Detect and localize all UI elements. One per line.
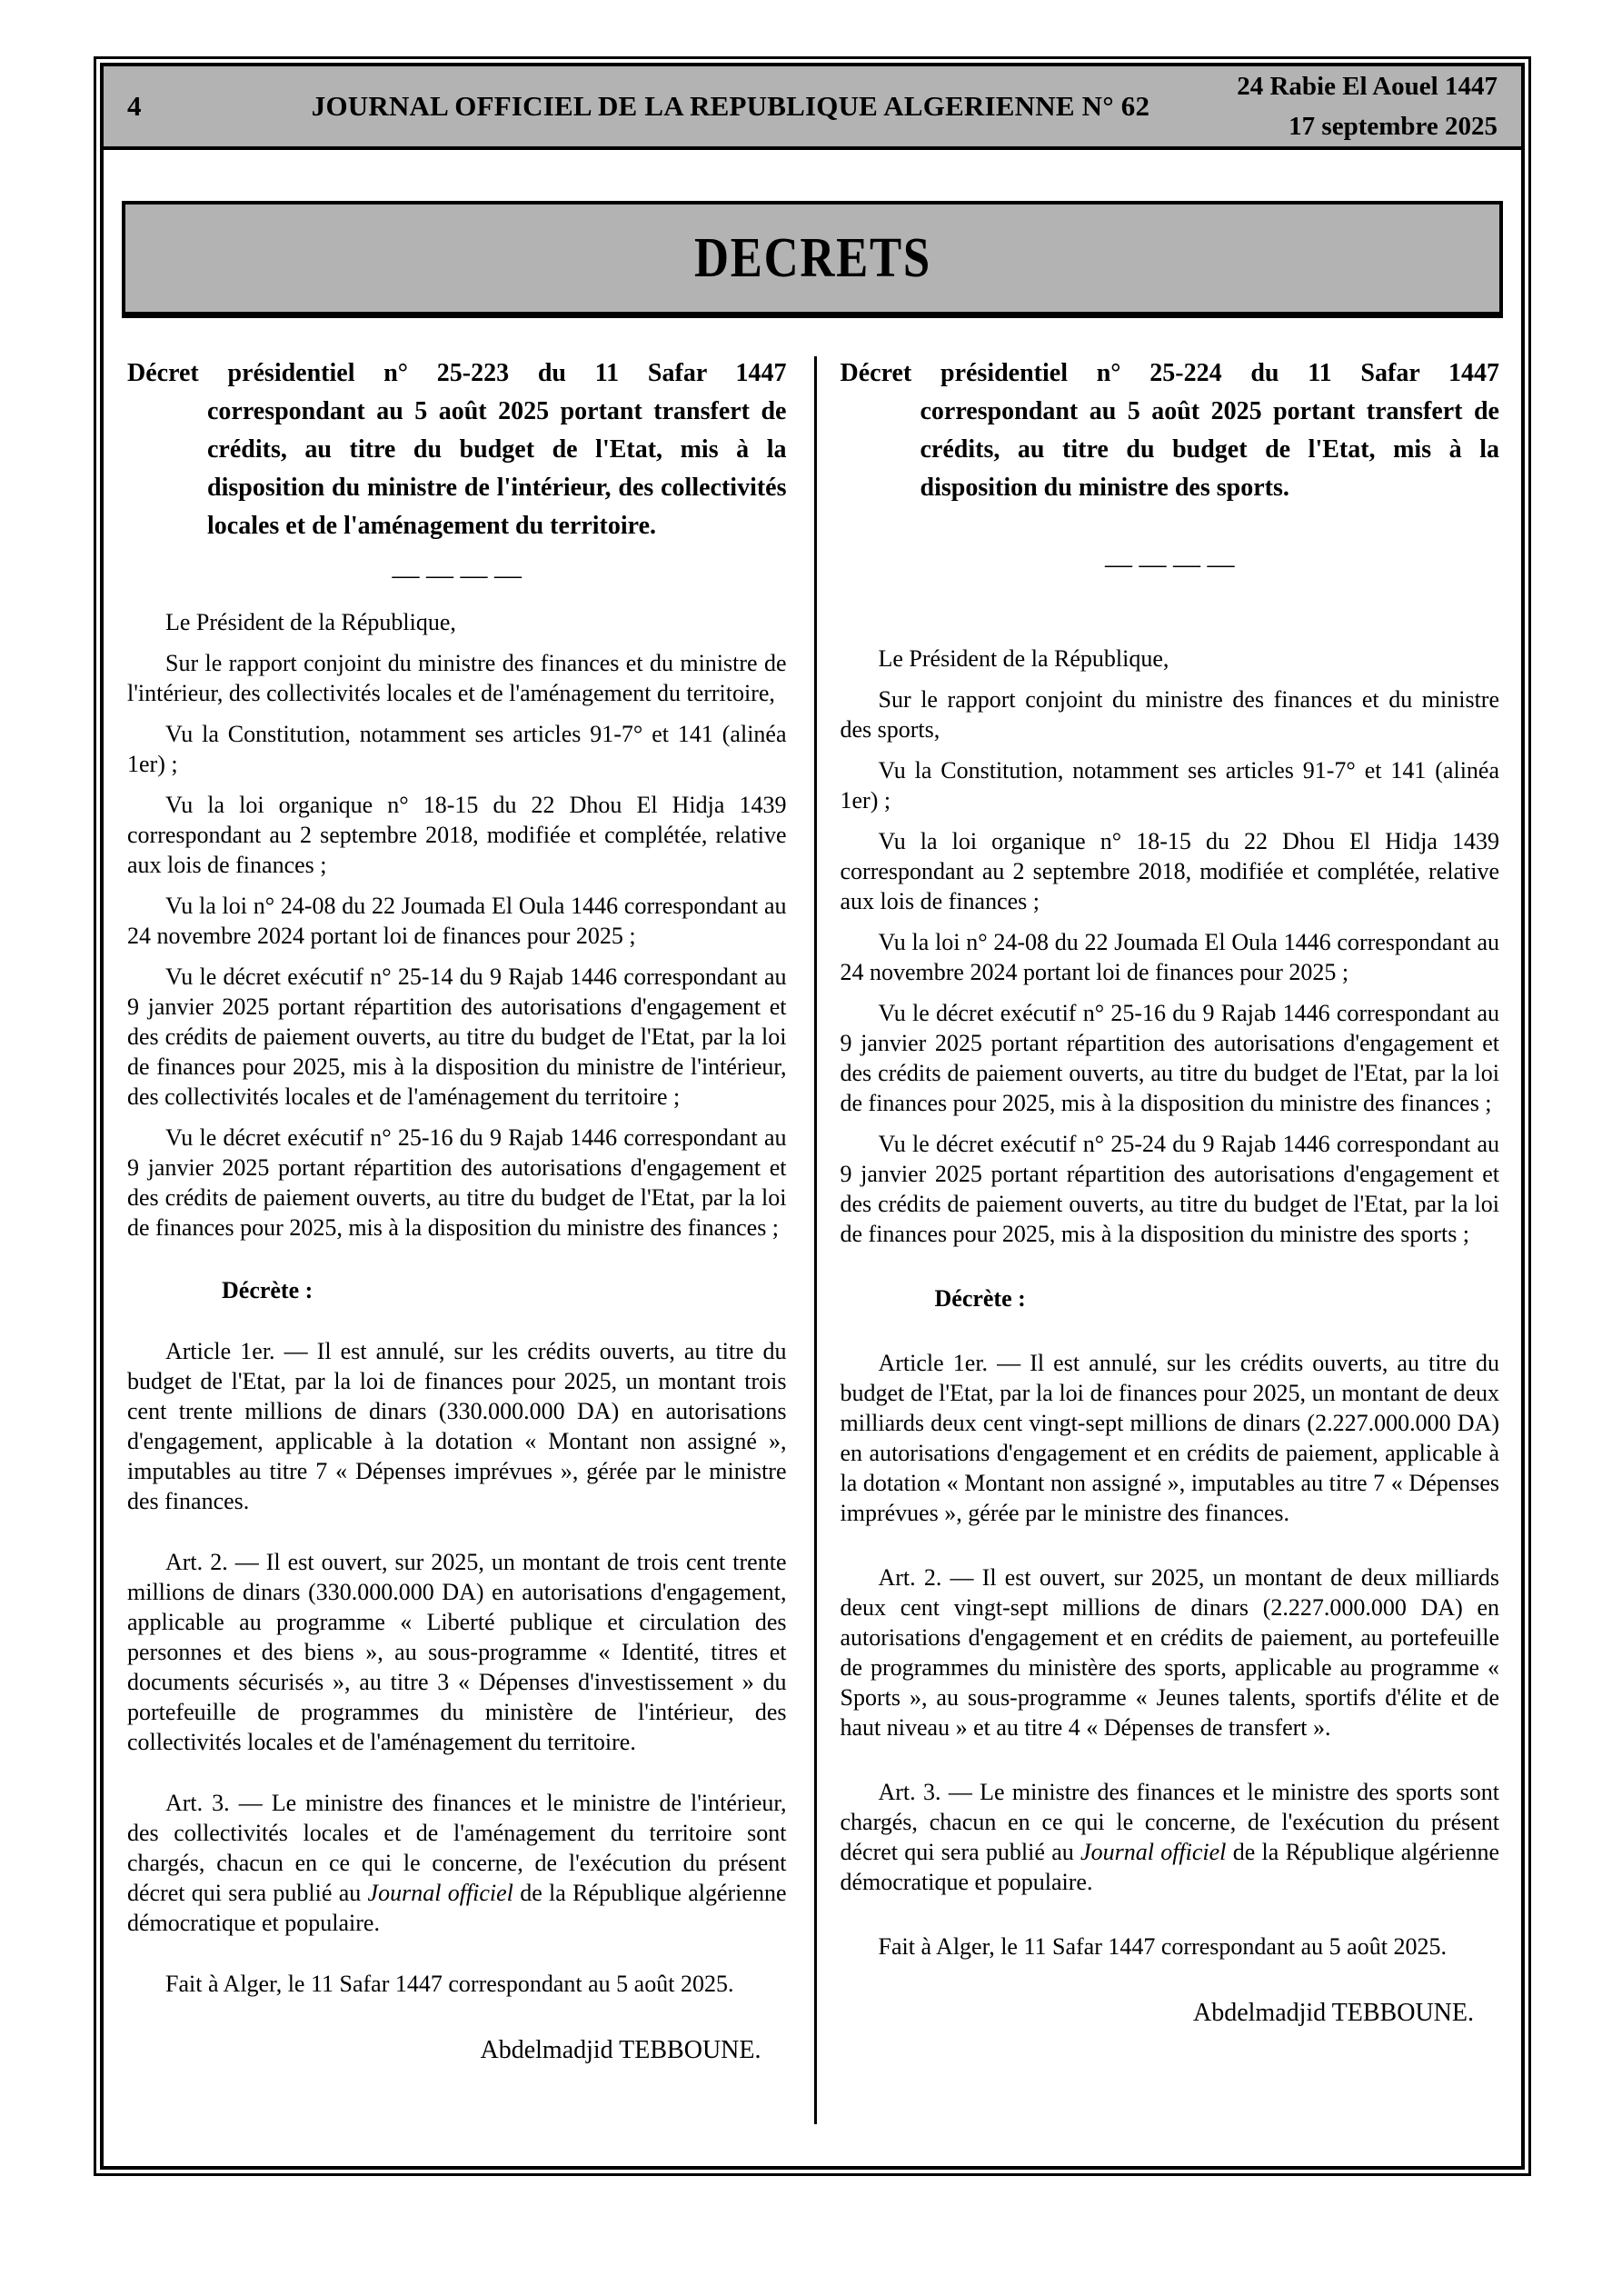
page-number: 4: [127, 90, 236, 123]
rapport-conjoint: Sur le rapport conjoint du ministre des …: [841, 684, 1500, 744]
signature: Abdelmadjid TEBBOUNE.: [841, 1998, 1500, 2028]
decree-body: Le Président de la République,Sur le rap…: [841, 644, 1500, 2028]
decrete-label: Décrète :: [841, 1283, 1500, 1313]
visa-loi-organique: Vu la loi organique n° 18-15 du 22 Dhou …: [841, 826, 1500, 916]
fait-a-alger: Fait à Alger, le 11 Safar 1447 correspon…: [841, 1932, 1500, 1962]
visa-loi-organique: Vu la loi organique n° 18-15 du 22 Dhou …: [127, 790, 787, 880]
article-2: Art. 2. — Il est ouvert, sur 2025, un mo…: [127, 1547, 787, 1757]
title-separator: — — — —: [841, 549, 1500, 580]
visa-constitution: Vu la Constitution, notamment ses articl…: [127, 719, 787, 779]
article-3: Art. 3. — Le ministre des finances et le…: [841, 1777, 1500, 1897]
decree-body: Le Président de la République,Sur le rap…: [127, 607, 787, 2065]
date-gregorian: 17 septembre 2025: [1225, 106, 1498, 146]
visa-decret-25-16: Vu le décret exécutif n° 25-16 du 9 Raja…: [127, 1123, 787, 1243]
visa-loi-24-08: Vu la loi n° 24-08 du 22 Joumada El Oula…: [841, 927, 1500, 987]
signature: Abdelmadjid TEBBOUNE.: [127, 2035, 787, 2065]
rapport-conjoint: Sur le rapport conjoint du ministre des …: [127, 648, 787, 708]
section-banner: DECRETS: [122, 201, 1503, 318]
page-content: 4 JOURNAL OFFICIEL DE LA REPUBLIQUE ALGE…: [100, 63, 1525, 2170]
decrete-label: Décrète :: [127, 1275, 787, 1305]
column-divider: [814, 356, 817, 2124]
page-frame: 4 JOURNAL OFFICIEL DE LA REPUBLIQUE ALGE…: [94, 56, 1531, 2176]
visa-loi-24-08: Vu la loi n° 24-08 du 22 Joumada El Oula…: [127, 891, 787, 951]
le-president: Le Président de la République,: [127, 607, 787, 637]
header-dates: 24 Rabie El Aouel 1447 17 septembre 2025: [1225, 66, 1498, 146]
two-column-text: Décret présidentiel n° 25-223 du 11 Safa…: [104, 318, 1521, 2166]
visa-decret-25-14: Vu le décret exécutif n° 25-14 du 9 Raja…: [127, 962, 787, 1112]
article-3: Art. 3. — Le ministre des finances et le…: [127, 1788, 787, 1938]
section-title: DECRETS: [694, 226, 931, 291]
title-separator: — — — —: [127, 560, 787, 591]
article-2: Art. 2. — Il est ouvert, sur 2025, un mo…: [841, 1562, 1500, 1742]
decree-25-223: Décret présidentiel n° 25-223 du 11 Safa…: [127, 354, 787, 2166]
article-1: Article 1er. — Il est annulé, sur les cr…: [127, 1336, 787, 1516]
journal-title: JOURNAL OFFICIEL DE LA REPUBLIQUE ALGERI…: [236, 90, 1225, 123]
article-1: Article 1er. — Il est annulé, sur les cr…: [841, 1348, 1500, 1528]
visa-constitution: Vu la Constitution, notamment ses articl…: [841, 755, 1500, 815]
le-president: Le Président de la République,: [841, 644, 1500, 674]
decree-title: Décret présidentiel n° 25-224 du 11 Safa…: [841, 354, 1500, 507]
decree-title: Décret présidentiel n° 25-223 du 11 Safa…: [127, 354, 787, 545]
page-header: 4 JOURNAL OFFICIEL DE LA REPUBLIQUE ALGE…: [104, 66, 1521, 150]
date-hijri: 24 Rabie El Aouel 1447: [1225, 66, 1498, 106]
visa-decret-25-24: Vu le décret exécutif n° 25-24 du 9 Raja…: [841, 1129, 1500, 1249]
visa-decret-25-16: Vu le décret exécutif n° 25-16 du 9 Raja…: [841, 998, 1500, 1118]
decree-25-224: Décret présidentiel n° 25-224 du 11 Safa…: [841, 354, 1500, 2166]
fait-a-alger: Fait à Alger, le 11 Safar 1447 correspon…: [127, 1969, 787, 1999]
